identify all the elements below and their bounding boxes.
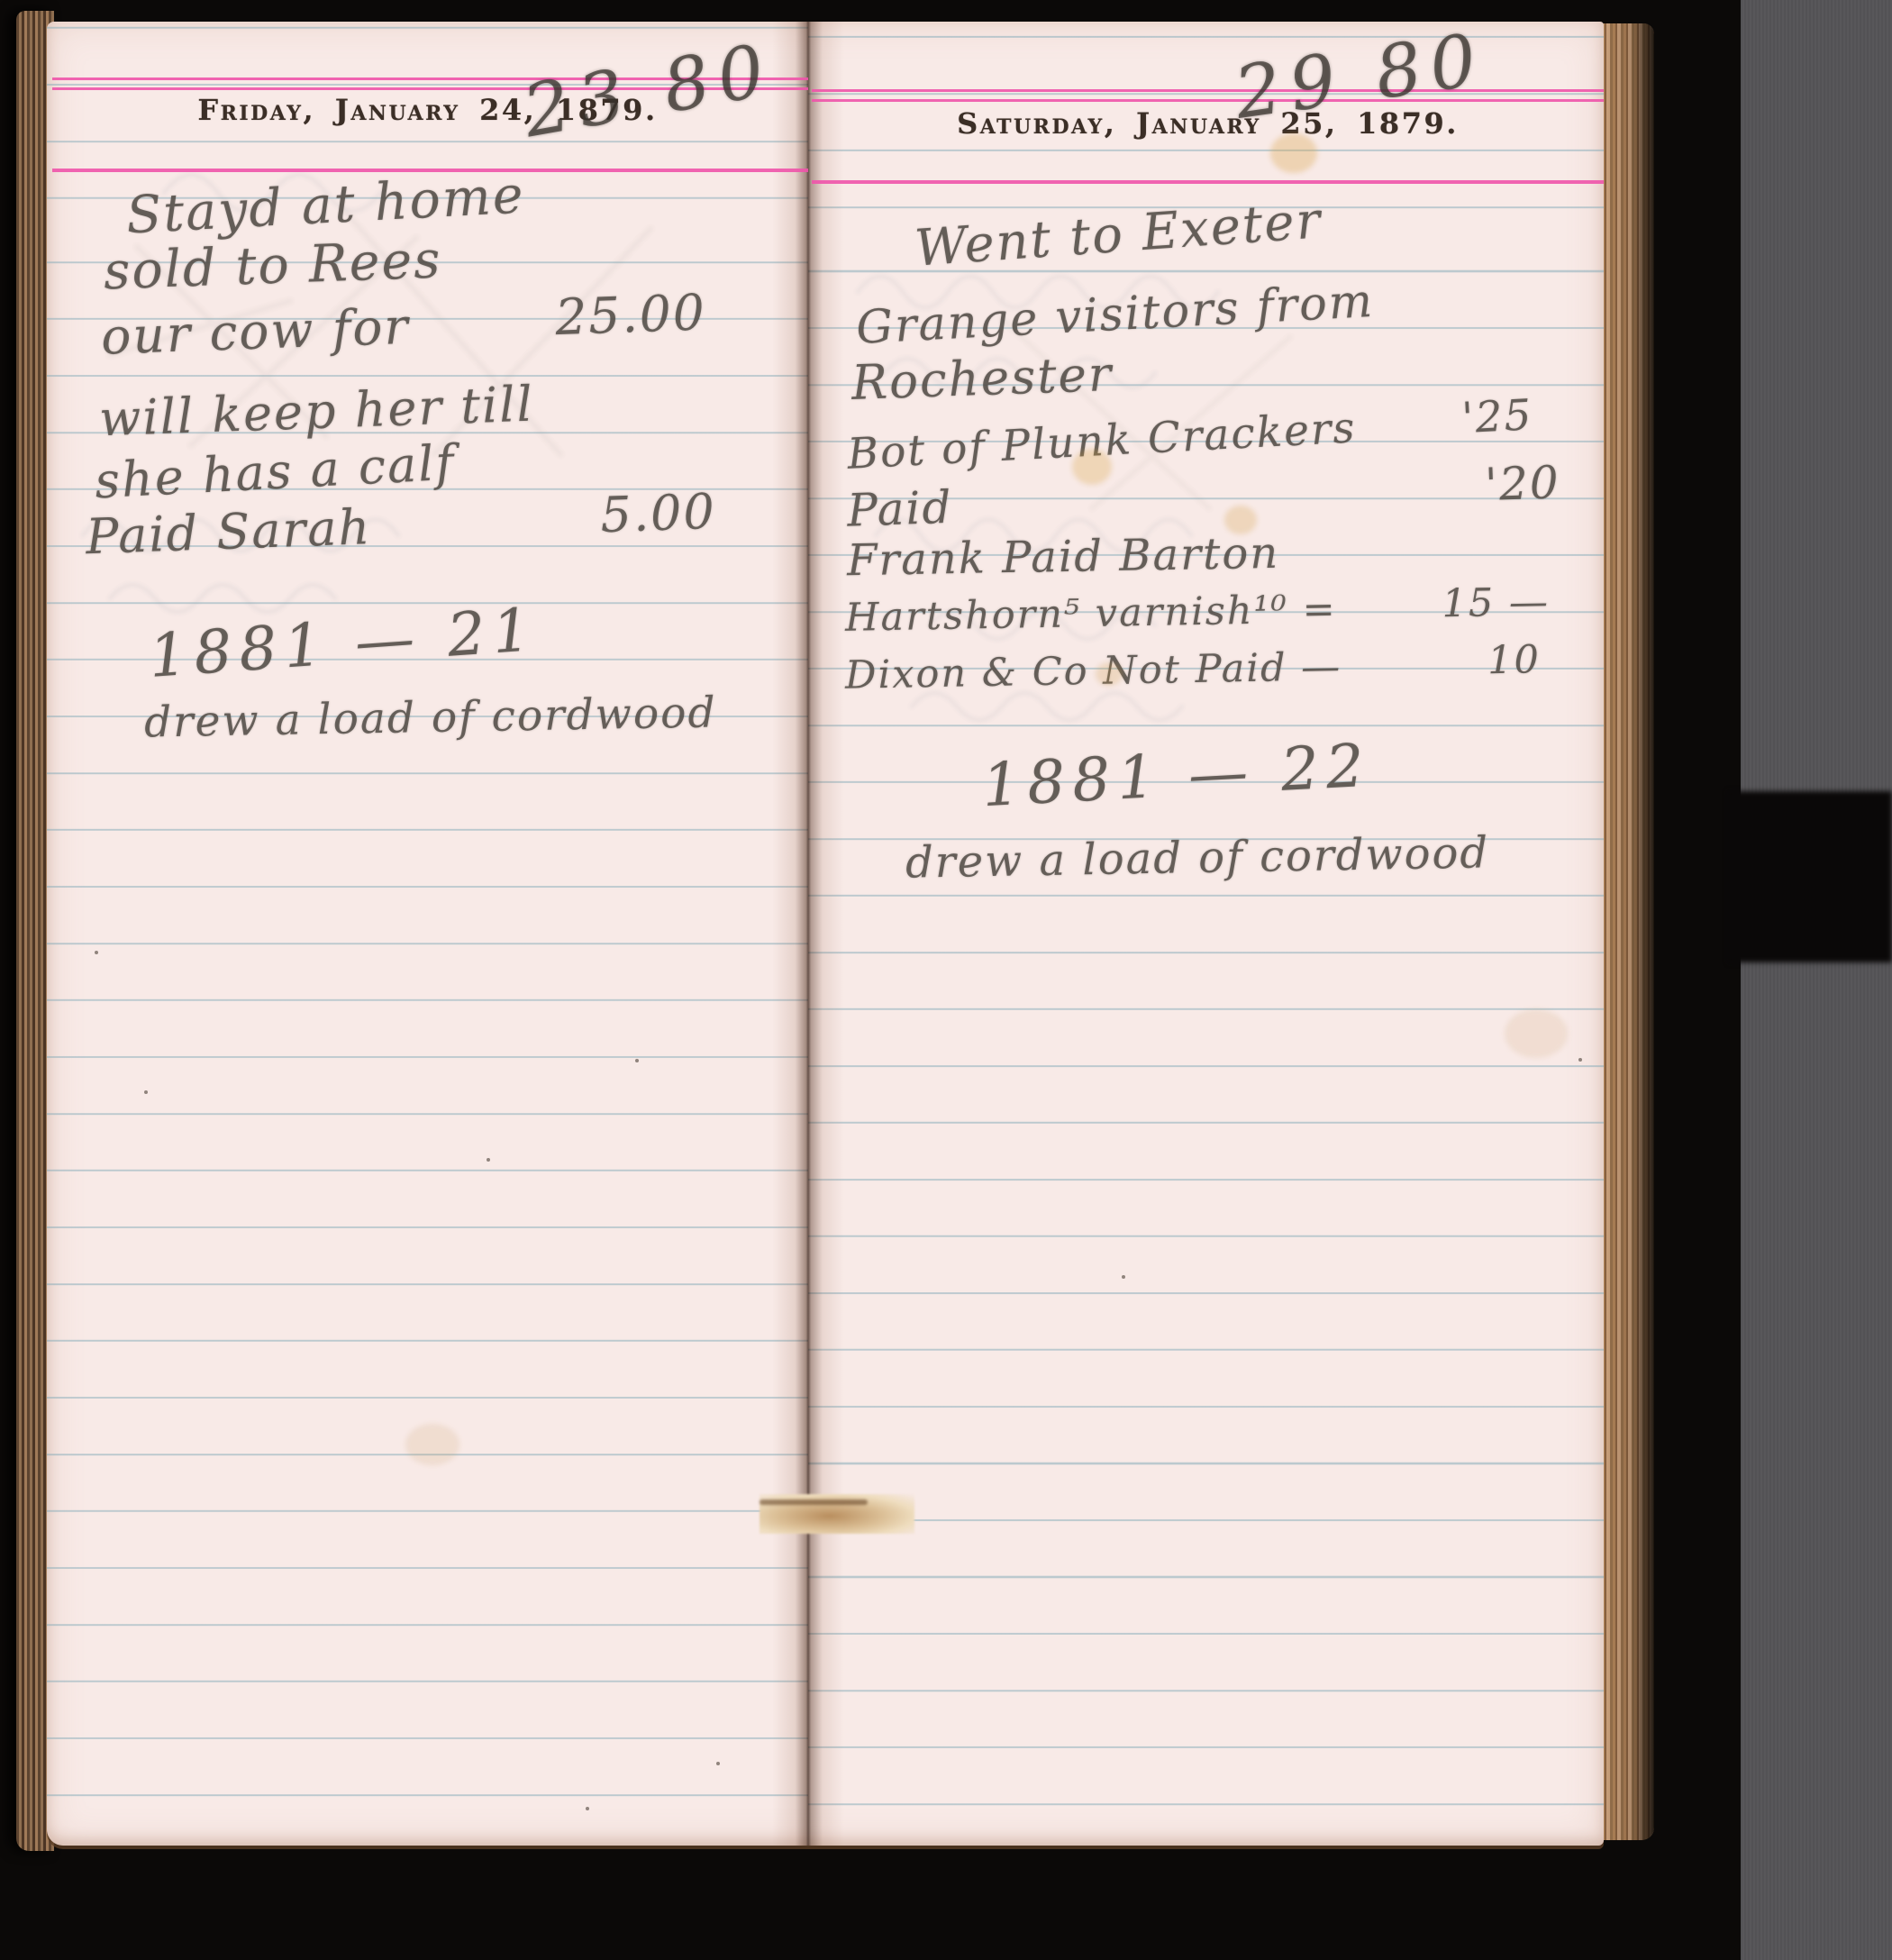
ledger-amount: 5.00 (599, 483, 716, 543)
speck (95, 951, 98, 954)
entry-line: sold to Rees (103, 230, 442, 301)
speck (635, 1059, 639, 1062)
ledger-amount: 25.00 (554, 283, 707, 346)
paper-tear (760, 1494, 914, 1534)
ledger-text: Dixon & Co Not Paid — (845, 644, 1342, 698)
stain (1224, 506, 1257, 534)
open-spread: Friday, January 24, 1879. Saturday, Janu… (47, 22, 1604, 1846)
entry-line: Frank Paid Barton (847, 528, 1280, 586)
diary-scan: Friday, January 24, 1879. Saturday, Janu… (0, 0, 1892, 1960)
entry-line: Rochester (850, 347, 1114, 411)
binding-gutter-shadow (772, 22, 844, 1846)
speck (1122, 1275, 1125, 1279)
stain (405, 1424, 459, 1465)
stain (1505, 1009, 1568, 1058)
entry-note: drew a load of cordwood (144, 688, 717, 747)
ledger-text: Hartshorn⁵ varnish¹⁰ = (845, 587, 1337, 641)
speck (144, 1090, 148, 1094)
ledger-text: Paid (846, 481, 953, 537)
stain (1270, 133, 1317, 173)
pink-rule (812, 180, 1604, 184)
ledger-amount: '25 (1460, 390, 1534, 443)
page-title-right: Saturday, January 25, 1879. (812, 106, 1604, 141)
ledger-amount: 10 (1487, 637, 1542, 683)
speck (586, 1807, 589, 1810)
speck (487, 1158, 490, 1162)
stain (1072, 449, 1112, 485)
speck (1578, 1058, 1582, 1062)
ledger-amount: 15 — (1442, 579, 1550, 626)
ledger-amount: '20 (1484, 456, 1560, 511)
entry-note: drew a load of cordwood (905, 827, 1490, 888)
book-strap (1728, 791, 1892, 962)
page-edge-stack-right (1602, 23, 1654, 1840)
scanner-background (1741, 0, 1892, 1960)
ledger-text: Paid Sarah (85, 498, 372, 565)
ledger-text: our cow for (100, 297, 411, 366)
stain (1096, 662, 1123, 686)
speck (716, 1762, 720, 1765)
